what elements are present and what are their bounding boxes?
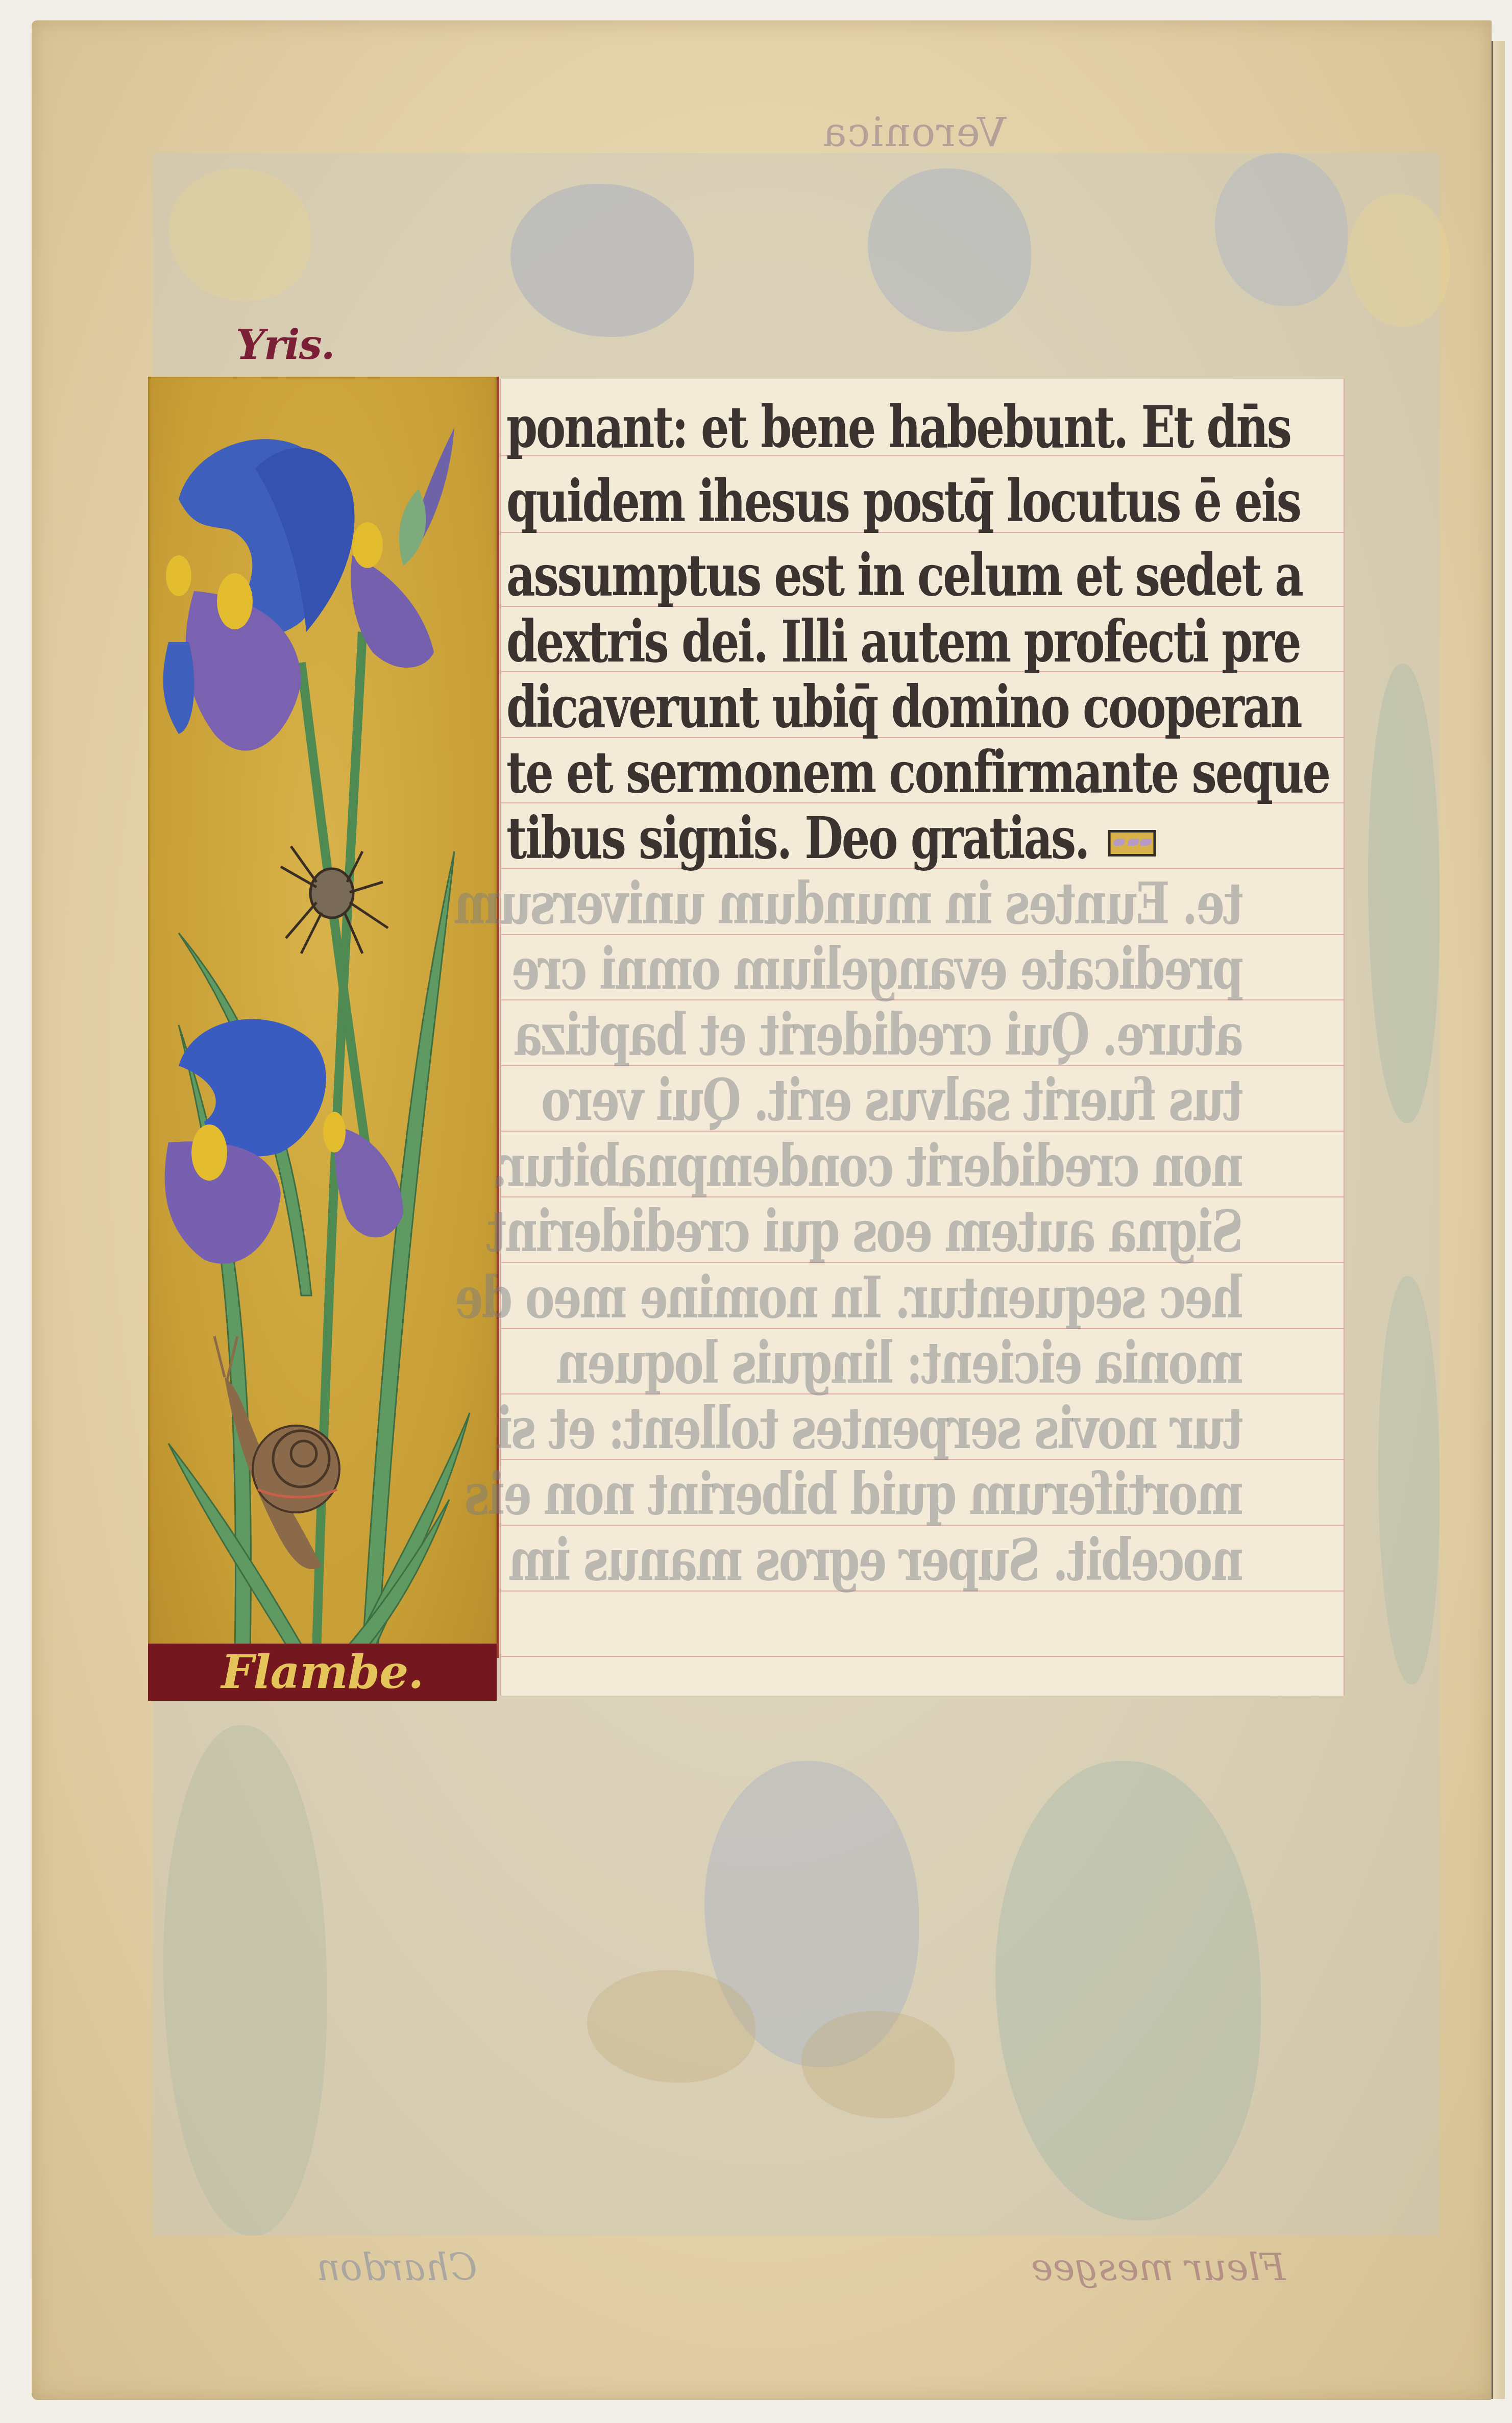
text-line-7-text: tibus signis. Deo gratias. bbox=[506, 805, 1088, 872]
show-through-footer-right: Fleur mesgee bbox=[1031, 2246, 1285, 2289]
miniature-label-flambe: Flambe. bbox=[221, 1645, 423, 1699]
text-line-2: quidem ihesus postq̄ locutus ē eis bbox=[506, 473, 1152, 530]
show-through-line-6: Signa autem eos qui crediderint bbox=[606, 1203, 1243, 1260]
text-line-5: dicaverunt ubiq̄ domino cooperan bbox=[506, 679, 1152, 736]
text-line-4: dextris dei. Illi autem profecti pre bbox=[506, 614, 1152, 671]
ruling-line bbox=[501, 1656, 1344, 1657]
iris-bud bbox=[399, 428, 454, 566]
show-through-line-5: non crediderit condempnabitur. bbox=[606, 1138, 1243, 1195]
show-through-line-9: tur novis serpentes tollent: et si bbox=[606, 1400, 1243, 1457]
show-through-line-8: monia eicient: linguis loquen bbox=[606, 1335, 1243, 1392]
iris-illustration bbox=[148, 377, 497, 1658]
text-line-3: assumptus est in celum et sedet a bbox=[506, 547, 1152, 604]
rubric-yris: Yris. bbox=[236, 321, 334, 369]
iris-flower-lower bbox=[165, 1019, 403, 1264]
show-through-line-7: hec sequentur. In nomine meo de bbox=[606, 1269, 1243, 1327]
iris-miniature bbox=[148, 377, 499, 1658]
show-through-footer-left: Chardon bbox=[316, 2246, 477, 2289]
show-through-line-1: te. Euntes in mundum universum bbox=[606, 875, 1243, 933]
show-through-line-3: ature. Qui crediderit et baptiza bbox=[606, 1007, 1243, 1064]
show-through-line-11: nocebit. Super egros manus im bbox=[606, 1532, 1243, 1589]
miniature-label-banner: Flambe. bbox=[148, 1644, 497, 1701]
show-through-line-2: predicate evangelium omni cre bbox=[606, 941, 1243, 998]
line-filler-ornament bbox=[1108, 830, 1156, 856]
text-line-1: ponant: et bene habebunt. Et dn̄s bbox=[506, 399, 1152, 456]
show-through-line-4: tus fuerit salvus erit. Qui vero bbox=[606, 1072, 1243, 1129]
text-line-6: te et sermonem confirmante seque bbox=[506, 744, 1152, 801]
iris-flower-upper bbox=[163, 439, 434, 751]
show-through-heading: Veronica bbox=[822, 110, 1006, 156]
show-through-line-10: mortiferum quid biberint non eis bbox=[606, 1466, 1243, 1523]
text-block: ponant: et bene habebunt. Et dn̄s quidem… bbox=[500, 379, 1345, 1696]
page-edge-strip bbox=[1492, 41, 1505, 2399]
text-line-7: tibus signis. Deo gratias. bbox=[506, 810, 1152, 867]
